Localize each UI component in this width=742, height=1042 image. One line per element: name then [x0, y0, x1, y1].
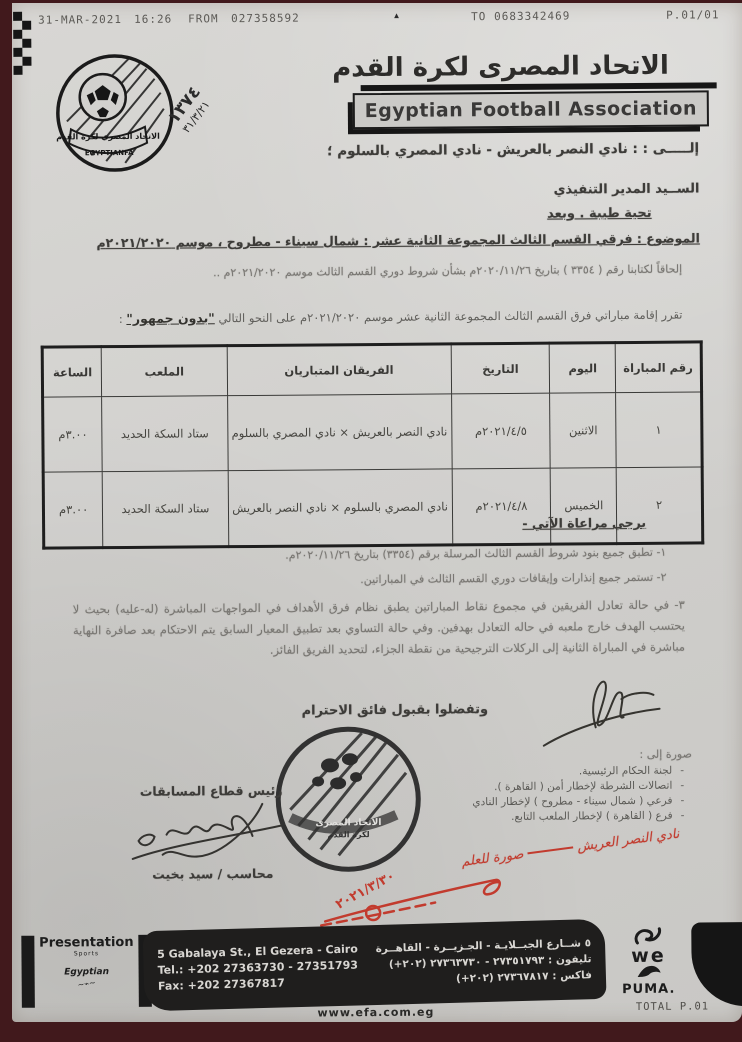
footer-sponsor-logos: we PUMA.	[613, 927, 684, 998]
table-row: ٢ الخميس ٢٠٢١/٤/٨م نادي المصري بالسلوم ×…	[43, 467, 703, 548]
signature-executive-icon	[525, 669, 676, 756]
red-note-copy: صورة للعلم	[460, 847, 524, 870]
greeting-line: تحية طيبة . وبعد	[547, 206, 652, 222]
we-logo: we	[613, 949, 683, 964]
fax-to-number: 0683342469	[494, 9, 570, 23]
page-corner-mark-icon	[691, 922, 742, 1006]
addressee-line: إلـــــى : : نادي النصر بالعريش - نادي ا…	[327, 140, 699, 159]
col-teams: الفريقان المتباريان	[227, 344, 451, 396]
col-stadium: الملعب	[102, 346, 228, 397]
fax-from-number: 027358592	[231, 12, 300, 26]
col-date: التاريخ	[451, 343, 550, 394]
decision-line: تقرر إقامة مباراتي فرق القسم الثالث المج…	[52, 307, 682, 327]
col-time: الساعة	[42, 347, 102, 397]
association-title-english: Egyptian Football Association	[353, 90, 709, 129]
footer-address-bar: 5 Gabalaya St., El Gezera - Cairo Tel.: …	[143, 919, 607, 1011]
svg-text:EGYPTIANFA: EGYPTIANFA	[85, 149, 134, 157]
note-item-2: ٢- تستمر جميع إنذارات وإيقافات دوري القس…	[66, 571, 666, 589]
match-date: ٢٠٢١/٤/٥م	[451, 393, 550, 469]
scanned-fax-page: 31-MAR-2021 16:26 FROM 027358592 ▲ TO 06…	[12, 3, 742, 1022]
fax-transmission-header: 31-MAR-2021 16:26 FROM 027358592 ▲ TO 06…	[16, 8, 728, 30]
svg-text:الاتحاد المصرى: الاتحاد المصرى	[315, 818, 381, 829]
fax-date: 31-MAR-2021	[38, 13, 122, 27]
fax-arrow-icon: ▲	[394, 11, 400, 20]
notes-heading: برجي مراعاة الآتي -	[522, 515, 646, 531]
association-title-arabic: الاتحاد المصرى لكرة القدم	[290, 50, 710, 83]
match-teams: نادي المصري بالسلوم × نادي النصر بالعريش	[228, 469, 453, 547]
col-match-number: رقم المباراة	[616, 342, 702, 393]
no-spectators-highlight: "بدون جمهور"	[126, 310, 215, 326]
reference-line: إلحاقاً لكتابنا رقم ( ٣٣٥٤ ) بتاريخ ٢٠٢٠…	[62, 263, 682, 281]
red-ink-underline-icon	[527, 846, 573, 854]
signer-name: محاسب / سيد بخيت	[133, 866, 293, 882]
footer-address-arabic: ٥ شــارع الجبــلايـة - الجـزيــرة - القا…	[375, 935, 592, 989]
copy-to-label: صورة إلى :	[639, 748, 691, 761]
fax-to-label: TO	[471, 10, 486, 23]
match-time: ٣.٠٠م	[43, 397, 103, 472]
subject-line: الموضوع : فرقي القسم الثالث المجموعة الث…	[52, 230, 700, 250]
fax-page-counter: P.01/01	[666, 8, 719, 21]
red-note-club: نادي النصر العريش	[576, 827, 680, 855]
footer-website: www.efa.com.eg	[266, 1005, 486, 1020]
match-teams: نادي النصر بالعريش × نادي المصري بالسلوم	[227, 394, 452, 471]
table-header-row: رقم المباراة اليوم التاريخ الفريقان المت…	[42, 342, 701, 397]
note-item-3: ٣- في حالة تعادل الفريقين في مجموع نقاط …	[73, 595, 685, 663]
match-number: ١	[616, 392, 702, 468]
presentation-tagline: Sports	[21, 950, 151, 958]
decision-text: تقرر إقامة مباراتي فرق القسم الثالث المج…	[215, 308, 683, 326]
attention-line: الســيد المدير التنفيذي	[554, 181, 700, 197]
puma-cat-icon	[636, 964, 662, 978]
svg-text:لكرة القدم: لكرة القدم	[327, 830, 369, 839]
presentation-wordmark: Presentation	[21, 935, 151, 951]
sheet-content: 31-MAR-2021 16:26 FROM 027358592 ▲ TO 06…	[8, 0, 742, 1025]
respect-line: وتفضلوا بقبول فائق الاحترام	[301, 702, 488, 718]
fax-from-label: FROM	[188, 12, 219, 25]
table-row: ١ الاثنين ٢٠٢١/٤/٥م نادي النصر بالعريش ×…	[43, 392, 703, 472]
match-day: الاثنين	[550, 393, 616, 469]
fax-total-line: TOTAL P.01	[636, 1000, 709, 1013]
col-day: اليوم	[550, 343, 616, 394]
we-swoosh-icon	[631, 927, 665, 945]
match-date: ٢٠٢١/٤/٨م	[452, 468, 551, 545]
fax-photo: { "fax": { "date": "31-MAR-2021", "time"…	[0, 0, 742, 1042]
match-number: ٢	[616, 467, 702, 544]
match-time: ٣.٠٠م	[43, 472, 103, 548]
match-day: الخميس	[551, 468, 617, 545]
efa-logo-icon: الاتحاد المصري لكرة القدم EGYPTIANFA	[50, 51, 179, 180]
fax-time: 16:26	[134, 13, 172, 26]
svg-text:الاتحاد المصري لكرة القدم: الاتحاد المصري لكرة القدم	[56, 132, 160, 142]
match-stadium: ستاد السكة الحديد	[103, 471, 229, 548]
signature-competitions-icon	[102, 796, 303, 872]
match-stadium: ستاد السكة الحديد	[102, 396, 228, 472]
puma-logo: PUMA.	[614, 982, 684, 998]
presentation-sports-logo: Presentation Sports Egyptian ~⌁~	[21, 935, 152, 1014]
fax-checker-pattern-icon	[13, 12, 31, 75]
footer-address-english: 5 Gabalaya St., El Gezera - Cairo Tel.: …	[157, 941, 359, 994]
